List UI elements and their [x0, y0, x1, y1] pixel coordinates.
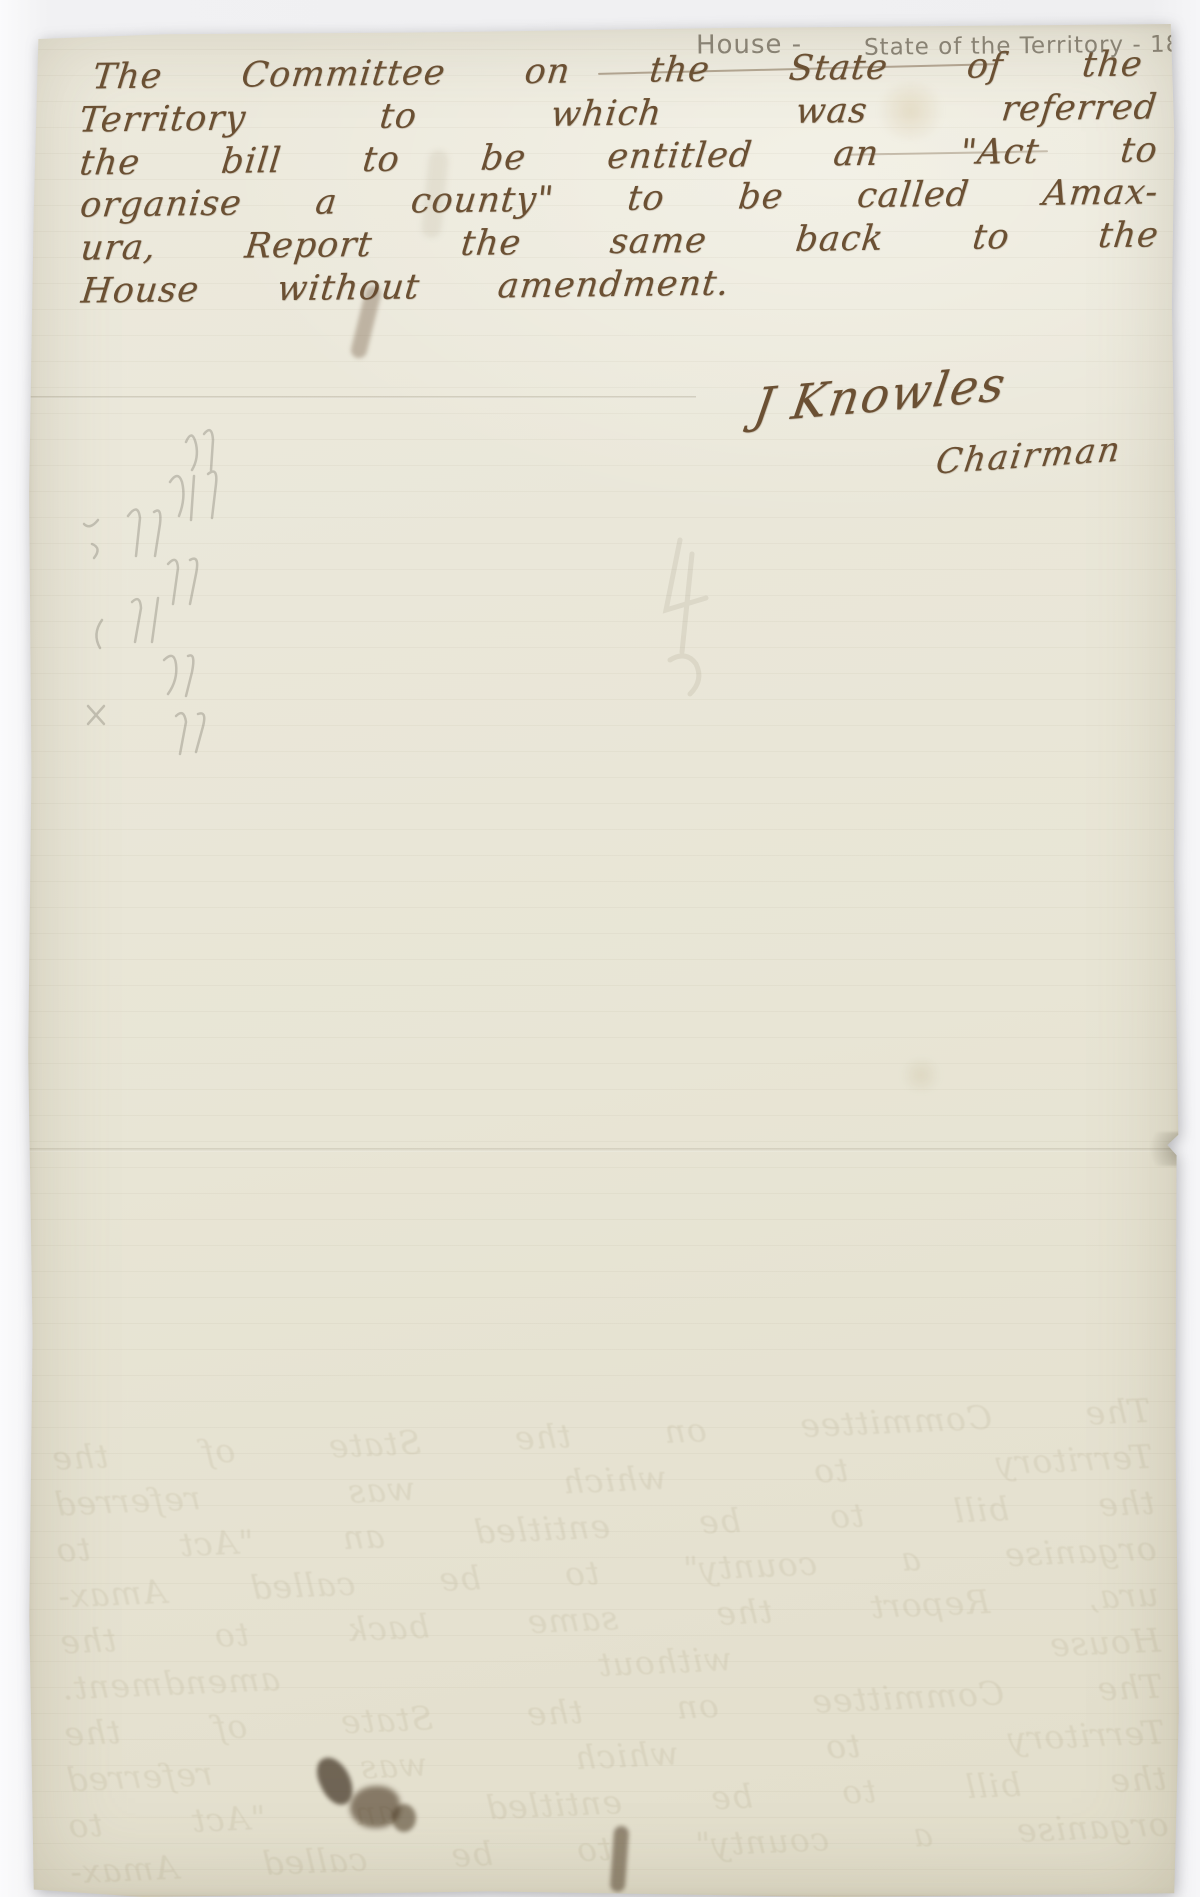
fold-crease — [28, 1148, 1180, 1152]
bleedthrough-text: The Committee on the State of the Territ… — [31, 1388, 1170, 1896]
signature: J Knowles — [750, 356, 1011, 434]
pencil-scribbles — [58, 424, 818, 844]
report-text: The Committee on the State of the Territ… — [78, 43, 1159, 313]
document-scan: House - State of the Territory - 1843 Th… — [0, 0, 1200, 1897]
paper-stain — [898, 1058, 944, 1092]
signature-title: Chairman — [933, 429, 1124, 482]
paper-shadow: House - State of the Territory - 1843 Th… — [28, 24, 1180, 1897]
report-line: House without amendment. — [79, 263, 732, 314]
edge-tear-shadow — [1140, 1132, 1180, 1166]
paper-sheet: House - State of the Territory - 1843 Th… — [28, 24, 1180, 1897]
fold-crease — [28, 396, 696, 399]
